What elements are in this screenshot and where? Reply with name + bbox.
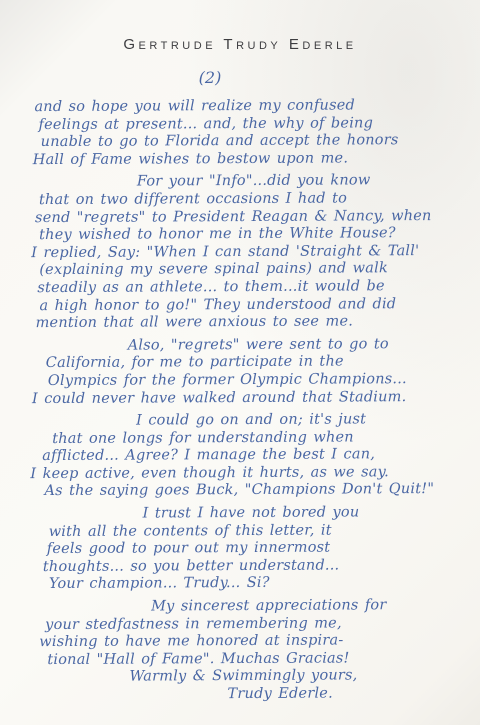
letter-line: that on two different occasions I had to bbox=[29, 190, 457, 210]
letter-paragraph: Also, "regrets" were sent to go toCalifo… bbox=[30, 336, 458, 409]
letter-line: I could never have walked around that St… bbox=[30, 388, 458, 408]
letter-line: with all the contents of this letter, it bbox=[31, 522, 459, 542]
letter-line: thoughts... so you better understand... bbox=[31, 557, 459, 577]
letter-line: Trudy Ederle. bbox=[31, 685, 459, 705]
letter-paragraph: I trust I have not bored youwith all the… bbox=[31, 504, 459, 594]
letter-line: feelings at present... and, the why of b… bbox=[28, 114, 456, 134]
letter-line: tional "Hall of Fame". Muchas Gracias! bbox=[31, 650, 459, 670]
letter-line: and so hope you will realize my confused bbox=[28, 97, 456, 117]
letter-line: that one longs for understanding when bbox=[30, 429, 458, 449]
letter-line: unable to go to Florida and accept the h… bbox=[29, 132, 457, 152]
letter-line: feels good to pour out my innermost bbox=[31, 539, 459, 559]
letter-line: mention that all were anxious to see me. bbox=[30, 313, 458, 333]
letter-line: Warmly & Swimmingly yours, bbox=[31, 667, 459, 687]
letter-page: Gertrude Trudy Ederle (2) and so hope yo… bbox=[0, 0, 480, 725]
letter-line: they wished to honor me in the White Hou… bbox=[29, 225, 457, 245]
letter-line: My sincerest appreciations for bbox=[31, 597, 459, 617]
letter-line: Your champion... Trudy... Si? bbox=[31, 574, 459, 594]
letter-line: Hall of Fame wishes to bestow upon me. bbox=[29, 150, 457, 170]
letter-paragraph: I could go on and on; it's justthat one … bbox=[30, 411, 458, 501]
letter-line: (explaining my severe spinal pains) and … bbox=[29, 260, 457, 280]
letter-line: Olympics for the former Olympic Champion… bbox=[30, 371, 458, 391]
letter-line: I trust I have not bored you bbox=[31, 504, 459, 524]
letter-paragraph: For your "Info"...did you knowthat on tw… bbox=[29, 172, 458, 333]
letter-line: wishing to have me honored at inspira- bbox=[31, 632, 459, 652]
letter-line: I could go on and on; it's just bbox=[30, 411, 458, 431]
letter-line: your stedfastness in remembering me, bbox=[31, 615, 459, 635]
letter-line: Also, "regrets" were sent to go to bbox=[30, 336, 458, 356]
letter-body: and so hope you will realize my confused… bbox=[28, 97, 459, 710]
letter-line: California, for me to participate in the bbox=[30, 353, 458, 373]
letter-line: For your "Info"...did you know bbox=[29, 172, 457, 192]
letter-paragraph: My sincerest appreciations foryour stedf… bbox=[31, 597, 460, 705]
letter-line: steadily as an athlete... to them...it w… bbox=[29, 278, 457, 298]
letterhead-name: Gertrude Trudy Ederle bbox=[0, 36, 480, 53]
letter-line: send "regrets" to President Reagan & Nan… bbox=[29, 207, 457, 227]
letter-line: a high honor to go!" They understood and… bbox=[29, 295, 457, 315]
page-number: (2) bbox=[0, 68, 450, 87]
letter-line: I keep active, even though it hurts, as … bbox=[30, 464, 458, 484]
letter-line: afflicted... Agree? I manage the best I … bbox=[30, 446, 458, 466]
letter-line: I replied, Say: "When I can stand 'Strai… bbox=[29, 243, 457, 263]
letter-paragraph: and so hope you will realize my confused… bbox=[28, 97, 456, 170]
letter-line: As the saying goes Buck, "Champions Don'… bbox=[30, 481, 458, 501]
